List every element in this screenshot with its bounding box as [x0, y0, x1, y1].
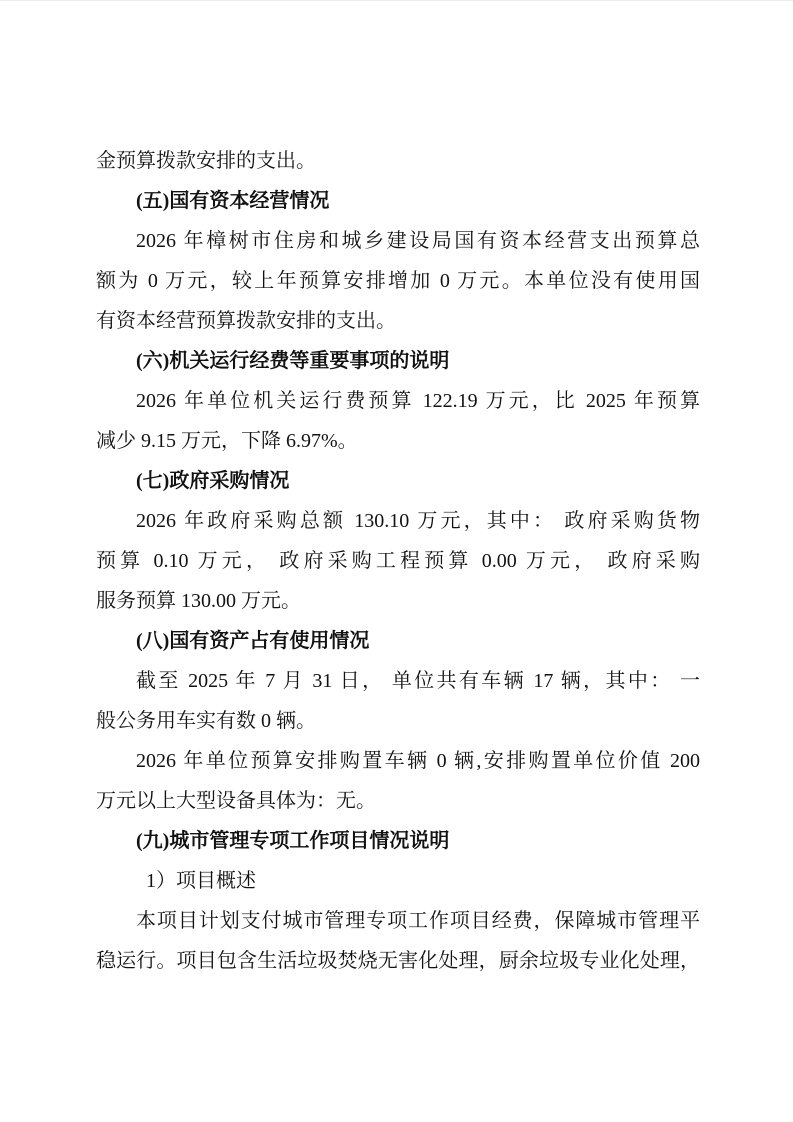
section-heading: (八)国有资产占有使用情况: [96, 621, 700, 661]
body-text-line: 截至 2025 年 7 月 31 日， 单位共有车辆 17 辆，其中： 一: [96, 661, 700, 701]
document-page: 金预算拨款安排的支出。 (五)国有资本经营情况 2026 年樟树市住房和城乡建设…: [0, 0, 793, 1122]
body-text-line: 2026 年政府采购总额 130.10 万元，其中： 政府采购货物: [96, 501, 700, 541]
body-text-line: 服务预算 130.00 万元。: [96, 581, 700, 621]
section-heading: (七)政府采购情况: [96, 461, 700, 501]
body-text-line: 金预算拨款安排的支出。: [96, 141, 700, 181]
body-text-line: 2026 年樟树市住房和城乡建设局国有资本经营支出预算总: [96, 221, 700, 261]
body-text-line: 万元以上大型设备具体为：无。: [96, 781, 700, 821]
body-text-line: 本项目计划支付城市管理专项工作项目经费，保障城市管理平: [96, 901, 700, 941]
body-text-line: 减少 9.15 万元，下降 6.97%。: [96, 421, 700, 461]
body-text-line: 额为 0 万元，较上年预算安排增加 0 万元。本单位没有使用国: [96, 261, 700, 301]
body-text-line: 有资本经营预算拨款安排的支出。: [96, 301, 700, 341]
body-text-line: 般公务用车实有数 0 辆。: [96, 701, 700, 741]
body-text-line: 2026 年单位预算安排购置车辆 0 辆,安排购置单位价值 200: [96, 741, 700, 781]
section-heading: (九)城市管理专项工作项目情况说明: [96, 821, 700, 861]
subsection-heading: 1）项目概述: [96, 861, 700, 901]
body-text-line: 预算 0.10 万元， 政府采购工程预算 0.00 万元， 政府采购: [96, 541, 700, 581]
body-text-line: 2026 年单位机关运行费预算 122.19 万元，比 2025 年预算: [96, 381, 700, 421]
section-heading: (六)机关运行经费等重要事项的说明: [96, 341, 700, 381]
body-text-line: 稳运行。项目包含生活垃圾焚烧无害化处理，厨余垃圾专业化处理，: [96, 941, 700, 981]
section-heading: (五)国有资本经营情况: [96, 181, 700, 221]
